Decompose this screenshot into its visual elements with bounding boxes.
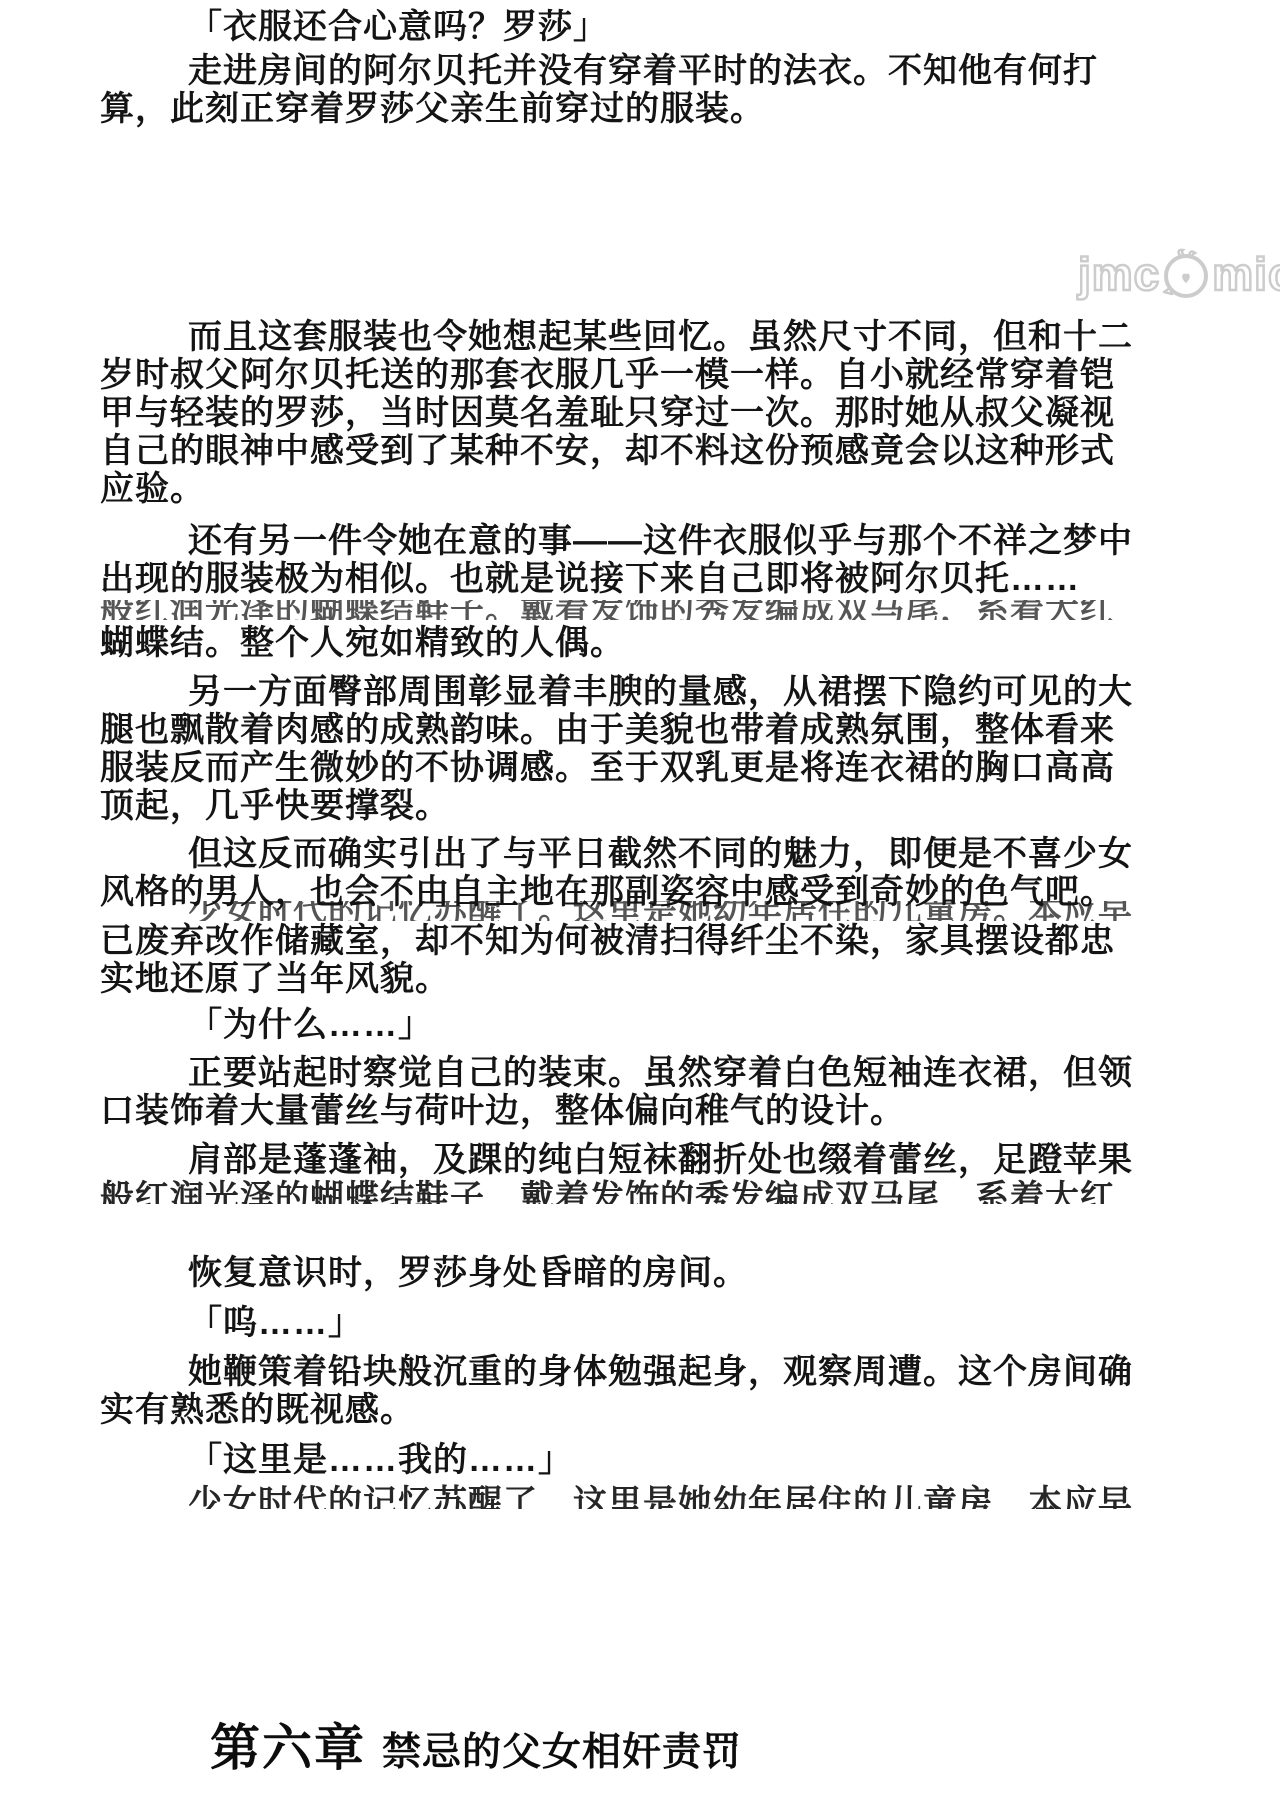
chapter-title: 禁忌的父女相奸责罚 — [382, 1721, 742, 1777]
watermark-text-right: mic — [1212, 246, 1280, 302]
paragraph-line: 少女时代的记忆苏醒了，这里是她幼年居住的儿童房，本应早 — [100, 1484, 1190, 1509]
paragraph-line: 正要站起时察觉自己的装束。虽然穿着白色短袖连衣裙，但领 — [100, 1054, 1278, 1092]
clipped-line-artifact: 般红润光泽的蝴蝶结鞋子，戴着发饰的秀发编成双马尾，系着大红 — [100, 1179, 1190, 1204]
watermark-text-left: jmc — [1078, 246, 1160, 302]
paragraph-line: 腿也飘散着肉感的成熟韵味。由于美貌也带着成熟氛围，整体看来 — [100, 711, 1190, 749]
paragraph-line: 实有熟悉的既视感。 — [100, 1391, 1190, 1429]
dialogue-line: 「呜……」 — [100, 1304, 1278, 1342]
watermark-jmcomic: jmc mic — [1078, 246, 1280, 302]
paragraph-line: 服装反而产生微妙的不协调感。至于双乳更是将连衣裙的胸口高高 — [100, 749, 1190, 787]
paragraph-line: 顶起，几乎快要撑裂。 — [100, 787, 1190, 825]
paragraph-line: 自己的眼神中感受到了某种不安，却不料这份预感竟会以这种形式 — [100, 432, 1190, 470]
chapter-heading: 第六章 禁忌的父女相奸责罚 — [210, 1708, 742, 1780]
paragraph-line: 已废弃改作储藏室，却不知为何被清扫得纤尘不染，家具摆设都忠 — [100, 922, 1190, 960]
clipped-line-artifact: 少女时代的记忆苏醒了，这里是她幼年居住的儿童房，本应早 — [100, 1484, 1190, 1509]
paragraph-line: 她鞭策着铅块般沉重的身体勉强起身，观察周遭。这个房间确 — [100, 1353, 1278, 1391]
paragraph-line: 蝴蝶结。整个人宛如精致的人偶。 — [100, 624, 1190, 662]
dialogue-line: 「这里是……我的……」 — [100, 1441, 1278, 1479]
paragraph-line: 甲与轻装的罗莎，当时因莫名羞耻只穿过一次。那时她从叔父凝视 — [100, 394, 1190, 432]
paragraph-line: 另一方面臀部周围彰显着丰腴的量感，从裙摆下隐约可见的大 — [100, 673, 1278, 711]
novel-scan-page: { "page": { "background": "#ffffff", "te… — [0, 0, 1280, 1809]
dialogue-line: 「为什么……」 — [100, 1006, 1278, 1044]
paragraph-line: 走进房间的阿尔贝托并没有穿着平时的法衣。不知他有何打 — [100, 52, 1278, 90]
paragraph-line: 少女时代的记忆苏醒了。这里是她幼年居住的儿童房。本应早 — [100, 901, 1190, 921]
paragraph-line: 般红润光泽的蝴蝶结鞋子，戴着发饰的秀发编成双马尾，系着大红 — [100, 1179, 1190, 1204]
paragraph-line: 出现的服装极为相似。也就是说接下来自己即将被阿尔贝托…… — [100, 560, 1190, 598]
paragraph-line: 还有另一件令她在意的事——这件衣服似乎与那个不祥之梦中 — [100, 522, 1278, 560]
chick-icon — [1160, 248, 1212, 300]
clipped-line-artifact: 少女时代的记忆苏醒了。这里是她幼年居住的儿童房。本应早 — [100, 901, 1190, 921]
paragraph-line: 般红润光泽的蝴蝶结鞋子。戴着发饰的秀发编成双马尾，系着大红 — [100, 600, 1190, 620]
paragraph-line: 算，此刻正穿着罗莎父亲生前穿过的服装。 — [100, 90, 1190, 128]
clipped-line-artifact: 般红润光泽的蝴蝶结鞋子。戴着发饰的秀发编成双马尾，系着大红 — [100, 600, 1190, 620]
dialogue-line: 「衣服还合心意吗？罗莎」 — [100, 8, 1278, 46]
paragraph-line: 恢复意识时，罗莎身处昏暗的房间。 — [100, 1254, 1278, 1292]
paragraph-line: 肩部是蓬蓬袖，及踝的纯白短袜翻折处也缀着蕾丝，足蹬苹果 — [100, 1141, 1278, 1179]
chapter-number: 第六章 — [210, 1708, 366, 1780]
paragraph-line: 而且这套服装也令她想起某些回忆。虽然尺寸不同，但和十二 — [100, 318, 1278, 356]
paragraph-line: 岁时叔父阿尔贝托送的那套衣服几乎一模一样。自小就经常穿着铠 — [100, 356, 1190, 394]
paragraph-line: 口装饰着大量蕾丝与荷叶边，整体偏向稚气的设计。 — [100, 1092, 1190, 1130]
paragraph-line: 但这反而确实引出了与平日截然不同的魅力，即便是不喜少女 — [100, 835, 1278, 873]
paragraph-line: 应验。 — [100, 470, 1190, 508]
paragraph-line: 实地还原了当年风貌。 — [100, 960, 1190, 998]
